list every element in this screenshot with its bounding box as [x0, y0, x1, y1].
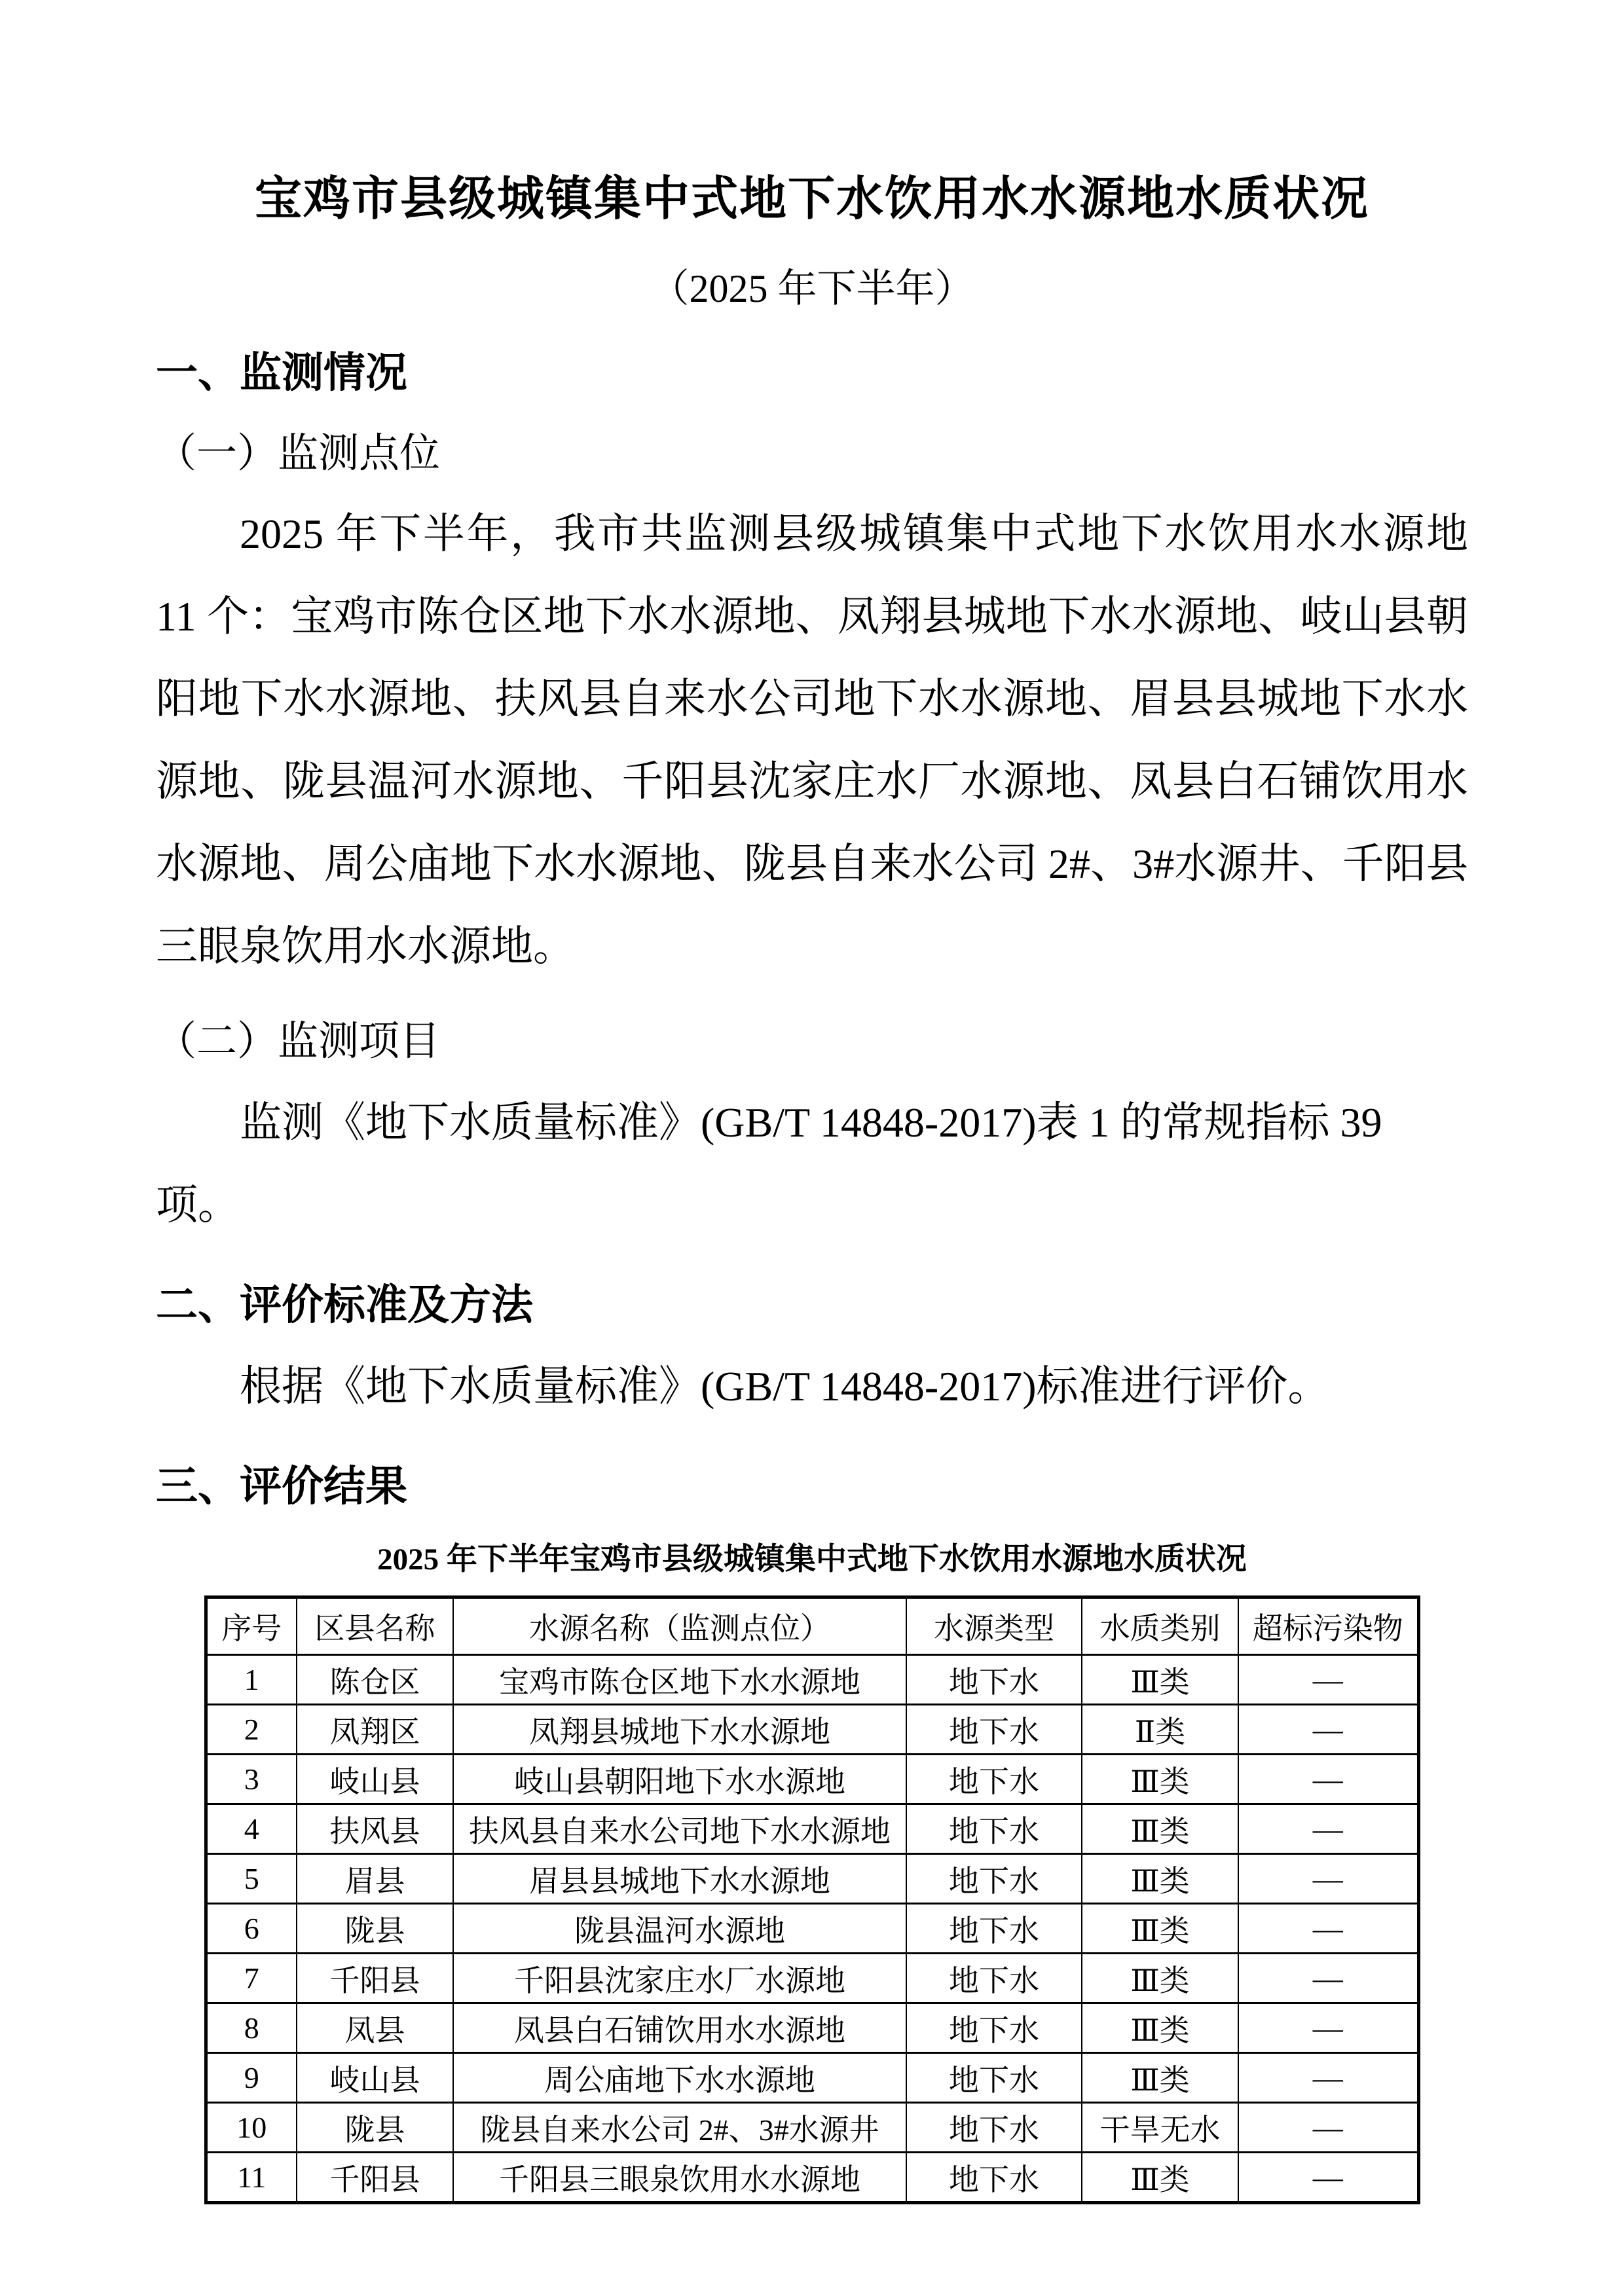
cell-source-type: 地下水: [906, 2003, 1082, 2053]
table-body: 1 陈仓区 宝鸡市陈仓区地下水水源地 地下水 Ⅲ类 — 2 凤翔区 凤翔县城地下…: [206, 1655, 1418, 2203]
evaluation-standard-paragraph: 根据《地下水质量标准》(GB/T 14848-2017)标准进行评价。: [156, 1345, 1468, 1428]
section-3-heading: 三、评价结果: [156, 1459, 1468, 1514]
cell-district: 凤翔区: [297, 1705, 453, 1755]
cell-pollutant: —: [1238, 2103, 1418, 2153]
cell-pollutant: —: [1238, 1655, 1418, 1705]
cell-pollutant: —: [1238, 1904, 1418, 1954]
cell-quality-class: Ⅲ类: [1082, 2153, 1238, 2203]
cell-source-type: 地下水: [906, 2053, 1082, 2103]
table-caption: 2025 年下半年宝鸡市县级城镇集中式地下水饮用水源地水质状况: [156, 1540, 1468, 1580]
table-row: 9 岐山县 周公庙地下水水源地 地下水 Ⅲ类 —: [206, 2053, 1418, 2103]
cell-source-type: 地下水: [906, 2103, 1082, 2153]
section-1-2-heading: （二）监测项目: [156, 1015, 1468, 1068]
col-header-source-type: 水源类型: [906, 1597, 1082, 1655]
table-row: 10 陇县 陇县自来水公司 2#、3#水源井 地下水 干旱无水 —: [206, 2103, 1418, 2153]
cell-source-type: 地下水: [906, 1755, 1082, 1804]
cell-quality-class: 干旱无水: [1082, 2103, 1238, 2153]
col-header-source-name: 水源名称（监测点位）: [453, 1597, 906, 1655]
cell-source-type: 地下水: [906, 1804, 1082, 1854]
table-header-row: 序号 区县名称 水源名称（监测点位） 水源类型 水质类别 超标污染物: [206, 1597, 1418, 1655]
cell-district: 千阳县: [297, 1954, 453, 2003]
table-row: 5 眉县 眉县县城地下水水源地 地下水 Ⅲ类 —: [206, 1854, 1418, 1904]
document-page: 宝鸡市县级城镇集中式地下水饮用水水源地水质状况 （2025 年下半年） 一、监测…: [0, 0, 1624, 2296]
cell-district: 凤县: [297, 2003, 453, 2053]
cell-source-type: 地下水: [906, 1954, 1082, 2003]
table-row: 2 凤翔区 凤翔县城地下水水源地 地下水 Ⅱ类 —: [206, 1705, 1418, 1755]
cell-source-name: 扶风县自来水公司地下水水源地: [453, 1804, 906, 1854]
cell-quality-class: Ⅲ类: [1082, 1854, 1238, 1904]
cell-quality-class: Ⅲ类: [1082, 1755, 1238, 1804]
cell-source-name: 宝鸡市陈仓区地下水水源地: [453, 1655, 906, 1705]
cell-district: 陇县: [297, 1904, 453, 1954]
cell-seq: 3: [206, 1755, 297, 1804]
cell-pollutant: —: [1238, 2003, 1418, 2053]
cell-seq: 8: [206, 2003, 297, 2053]
cell-seq: 7: [206, 1954, 297, 2003]
cell-seq: 9: [206, 2053, 297, 2103]
cell-seq: 4: [206, 1804, 297, 1854]
cell-source-name: 千阳县三眼泉饮用水水源地: [453, 2153, 906, 2203]
cell-quality-class: Ⅲ类: [1082, 1904, 1238, 1954]
section-2-heading: 二、评价标准及方法: [156, 1278, 1468, 1332]
document-subtitle: （2025 年下半年）: [156, 263, 1468, 314]
table-row: 8 凤县 凤县白石铺饮用水水源地 地下水 Ⅲ类 —: [206, 2003, 1418, 2053]
cell-quality-class: Ⅲ类: [1082, 1954, 1238, 2003]
section-1-heading: 一、监测情况: [156, 346, 1468, 400]
cell-pollutant: —: [1238, 1755, 1418, 1804]
cell-source-name: 凤翔县城地下水水源地: [453, 1705, 906, 1755]
cell-pollutant: —: [1238, 1854, 1418, 1904]
cell-source-type: 地下水: [906, 1854, 1082, 1904]
cell-quality-class: Ⅲ类: [1082, 2053, 1238, 2103]
cell-quality-class: Ⅲ类: [1082, 1655, 1238, 1705]
col-header-district: 区县名称: [297, 1597, 453, 1655]
cell-quality-class: Ⅲ类: [1082, 2003, 1238, 2053]
table-row: 4 扶风县 扶风县自来水公司地下水水源地 地下水 Ⅲ类 —: [206, 1804, 1418, 1854]
cell-source-name: 陇县温河水源地: [453, 1904, 906, 1954]
table-row: 7 千阳县 千阳县沈家庄水厂水源地 地下水 Ⅲ类 —: [206, 1954, 1418, 2003]
cell-source-name: 周公庙地下水水源地: [453, 2053, 906, 2103]
cell-seq: 10: [206, 2103, 297, 2153]
col-header-seq: 序号: [206, 1597, 297, 1655]
cell-source-name: 陇县自来水公司 2#、3#水源井: [453, 2103, 906, 2153]
table-row: 3 岐山县 岐山县朝阳地下水水源地 地下水 Ⅲ类 —: [206, 1755, 1418, 1804]
cell-quality-class: Ⅲ类: [1082, 1804, 1238, 1854]
col-header-pollutant: 超标污染物: [1238, 1597, 1418, 1655]
col-header-quality-class: 水质类别: [1082, 1597, 1238, 1655]
monitoring-items-paragraph: 监测《地下水质量标准》(GB/T 14848-2017)表 1 的常规指标 39…: [156, 1082, 1468, 1247]
cell-district: 陈仓区: [297, 1655, 453, 1705]
table-row: 11 千阳县 千阳县三眼泉饮用水水源地 地下水 Ⅲ类 —: [206, 2153, 1418, 2203]
cell-seq: 11: [206, 2153, 297, 2203]
document-title: 宝鸡市县级城镇集中式地下水饮用水水源地水质状况: [156, 169, 1468, 230]
table-row: 6 陇县 陇县温河水源地 地下水 Ⅲ类 —: [206, 1904, 1418, 1954]
cell-seq: 6: [206, 1904, 297, 1954]
cell-seq: 1: [206, 1655, 297, 1705]
cell-pollutant: —: [1238, 1705, 1418, 1755]
cell-district: 岐山县: [297, 1755, 453, 1804]
cell-source-name: 眉县县城地下水水源地: [453, 1854, 906, 1904]
cell-seq: 5: [206, 1854, 297, 1904]
cell-source-name: 岐山县朝阳地下水水源地: [453, 1755, 906, 1804]
cell-quality-class: Ⅱ类: [1082, 1705, 1238, 1755]
cell-source-type: 地下水: [906, 1655, 1082, 1705]
cell-pollutant: —: [1238, 2153, 1418, 2203]
cell-district: 岐山县: [297, 2053, 453, 2103]
cell-source-type: 地下水: [906, 1904, 1082, 1954]
cell-district: 陇县: [297, 2103, 453, 2153]
cell-district: 千阳县: [297, 2153, 453, 2203]
cell-source-name: 千阳县沈家庄水厂水源地: [453, 1954, 906, 2003]
cell-district: 眉县: [297, 1854, 453, 1904]
cell-seq: 2: [206, 1705, 297, 1755]
cell-pollutant: —: [1238, 2053, 1418, 2103]
cell-source-type: 地下水: [906, 1705, 1082, 1755]
cell-district: 扶风县: [297, 1804, 453, 1854]
cell-pollutant: —: [1238, 1954, 1418, 2003]
cell-source-name: 凤县白石铺饮用水水源地: [453, 2003, 906, 2053]
section-1-1-heading: （一）监测点位: [156, 428, 1468, 481]
cell-pollutant: —: [1238, 1804, 1418, 1854]
monitoring-points-paragraph: 2025 年下半年，我市共监测县级城镇集中式地下水饮用水水源地 11 个：宝鸡市…: [156, 493, 1468, 988]
table-row: 1 陈仓区 宝鸡市陈仓区地下水水源地 地下水 Ⅲ类 —: [206, 1655, 1418, 1705]
water-quality-table: 序号 区县名称 水源名称（监测点位） 水源类型 水质类别 超标污染物 1 陈仓区…: [204, 1595, 1420, 2204]
cell-source-type: 地下水: [906, 2153, 1082, 2203]
